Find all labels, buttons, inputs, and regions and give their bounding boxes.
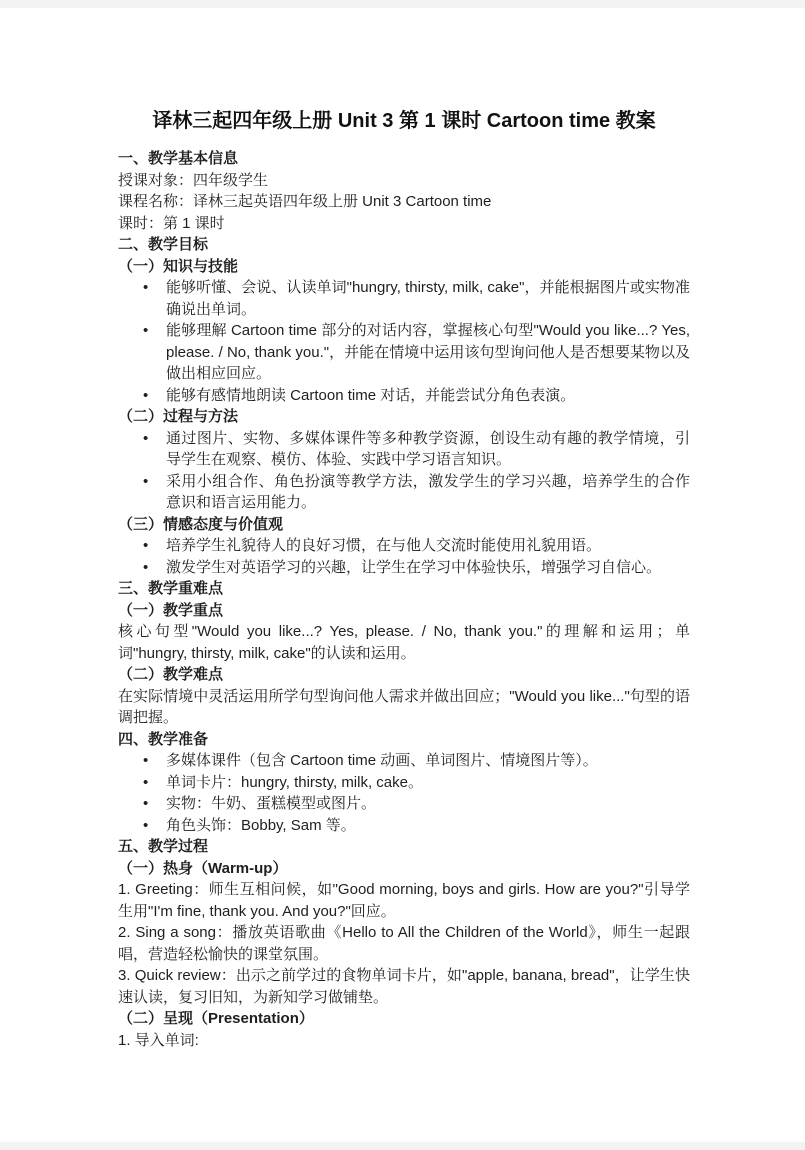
list-item-text: 实物：牛奶、蛋糕模型或图片。 (166, 795, 376, 812)
list-item: 能够有感情地朗读 Cartoon time 对话，并能尝试分角色表演。 (166, 385, 690, 407)
knowledge-skills-list: 能够听懂、会说、认读单词"hungry, thirsty, milk, cake… (118, 277, 690, 406)
subheading-presentation: （二）呈现（Presentation） (118, 1008, 690, 1030)
heading-basic-info: 一、教学基本信息 (118, 148, 690, 170)
subheading-process-methods: （二）过程与方法 (118, 406, 690, 428)
subheading-teaching-difficulty: （二）教学难点 (118, 664, 690, 686)
list-item-text: 通过图片、实物、多媒体课件等多种教学资源，创设生动有趣的教学情境，引导学生在观察… (166, 430, 690, 469)
list-item: 多媒体课件（包含 Cartoon time 动画、单词图片、情境图片等）。 (166, 750, 690, 772)
heading-key-points: 三、教学重难点 (118, 578, 690, 600)
list-item: 通过图片、实物、多媒体课件等多种教学资源，创设生动有趣的教学情境，引导学生在观察… (166, 428, 690, 471)
warmup-step-review: 3. Quick review：出示之前学过的食物单词卡片，如"apple, b… (118, 965, 690, 1008)
list-item: 培养学生礼貌待人的良好习惯，在与他人交流时能使用礼貌用语。 (166, 535, 690, 557)
list-item-text: 能够有感情地朗读 Cartoon time 对话，并能尝试分角色表演。 (166, 387, 575, 404)
document-canvas: 译林三起四年级上册 Unit 3 第 1 课时 Cartoon time 教案 … (0, 0, 805, 1150)
list-item: 单词卡片：hungry, thirsty, milk, cake。 (166, 772, 690, 794)
heading-preparation: 四、教学准备 (118, 729, 690, 751)
teaching-focus-text: 核心句型"Would you like...? Yes, please. / N… (118, 621, 690, 664)
preparation-list: 多媒体课件（包含 Cartoon time 动画、单词图片、情境图片等）。 单词… (118, 750, 690, 836)
subheading-warmup: （一）热身（Warm-up） (118, 858, 690, 880)
list-item-text: 激发学生对英语学习的兴趣，让学生在学习中体验快乐，增强学习自信心。 (166, 559, 661, 576)
list-item: 实物：牛奶、蛋糕模型或图片。 (166, 793, 690, 815)
heading-teaching-process: 五、教学过程 (118, 836, 690, 858)
list-item-text: 培养学生礼貌待人的良好习惯，在与他人交流时能使用礼貌用语。 (166, 537, 601, 554)
list-item: 能够听懂、会说、认读单词"hungry, thirsty, milk, cake… (166, 277, 690, 320)
list-item-text: 能够理解 Cartoon time 部分的对话内容，掌握核心句型"Would y… (166, 322, 690, 382)
subheading-teaching-focus: （一）教学重点 (118, 600, 690, 622)
list-item: 角色头饰：Bobby, Sam 等。 (166, 815, 690, 837)
list-item: 激发学生对英语学习的兴趣，让学生在学习中体验快乐，增强学习自信心。 (166, 557, 690, 579)
basic-info-line-course: 课程名称：译林三起英语四年级上册 Unit 3 Cartoon time (118, 191, 690, 213)
list-item: 能够理解 Cartoon time 部分的对话内容，掌握核心句型"Would y… (166, 320, 690, 385)
heading-objectives: 二、教学目标 (118, 234, 690, 256)
basic-info-line-period: 课时：第 1 课时 (118, 213, 690, 235)
list-item-text: 角色头饰：Bobby, Sam 等。 (166, 817, 356, 834)
emotional-attitude-list: 培养学生礼貌待人的良好习惯，在与他人交流时能使用礼貌用语。 激发学生对英语学习的… (118, 535, 690, 578)
document-page: 译林三起四年级上册 Unit 3 第 1 课时 Cartoon time 教案 … (0, 8, 805, 1142)
process-methods-list: 通过图片、实物、多媒体课件等多种教学资源，创设生动有趣的教学情境，引导学生在观察… (118, 428, 690, 514)
list-item-text: 多媒体课件（包含 Cartoon time 动画、单词图片、情境图片等）。 (166, 752, 598, 769)
teaching-difficulty-text: 在实际情境中灵活运用所学句型询问他人需求并做出回应；"Would you lik… (118, 686, 690, 729)
subheading-knowledge-skills: （一）知识与技能 (118, 256, 690, 278)
list-item: 采用小组合作、角色扮演等教学方法，激发学生的学习兴趣，培养学生的合作意识和语言运… (166, 471, 690, 514)
basic-info-line-audience: 授课对象：四年级学生 (118, 170, 690, 192)
list-item-text: 能够听懂、会说、认读单词"hungry, thirsty, milk, cake… (166, 279, 690, 318)
presentation-step-lead-in: 1. 导入单词: (118, 1030, 690, 1052)
warmup-step-song: 2. Sing a song：播放英语歌曲《Hello to All the C… (118, 922, 690, 965)
list-item-text: 采用小组合作、角色扮演等教学方法，激发学生的学习兴趣，培养学生的合作意识和语言运… (166, 473, 690, 512)
list-item-text: 单词卡片：hungry, thirsty, milk, cake。 (166, 774, 423, 791)
subheading-emotional-attitude: （三）情感态度与价值观 (118, 514, 690, 536)
warmup-step-greeting: 1. Greeting：师生互相问候，如"Good morning, boys … (118, 879, 690, 922)
page-title: 译林三起四年级上册 Unit 3 第 1 课时 Cartoon time 教案 (118, 108, 690, 134)
